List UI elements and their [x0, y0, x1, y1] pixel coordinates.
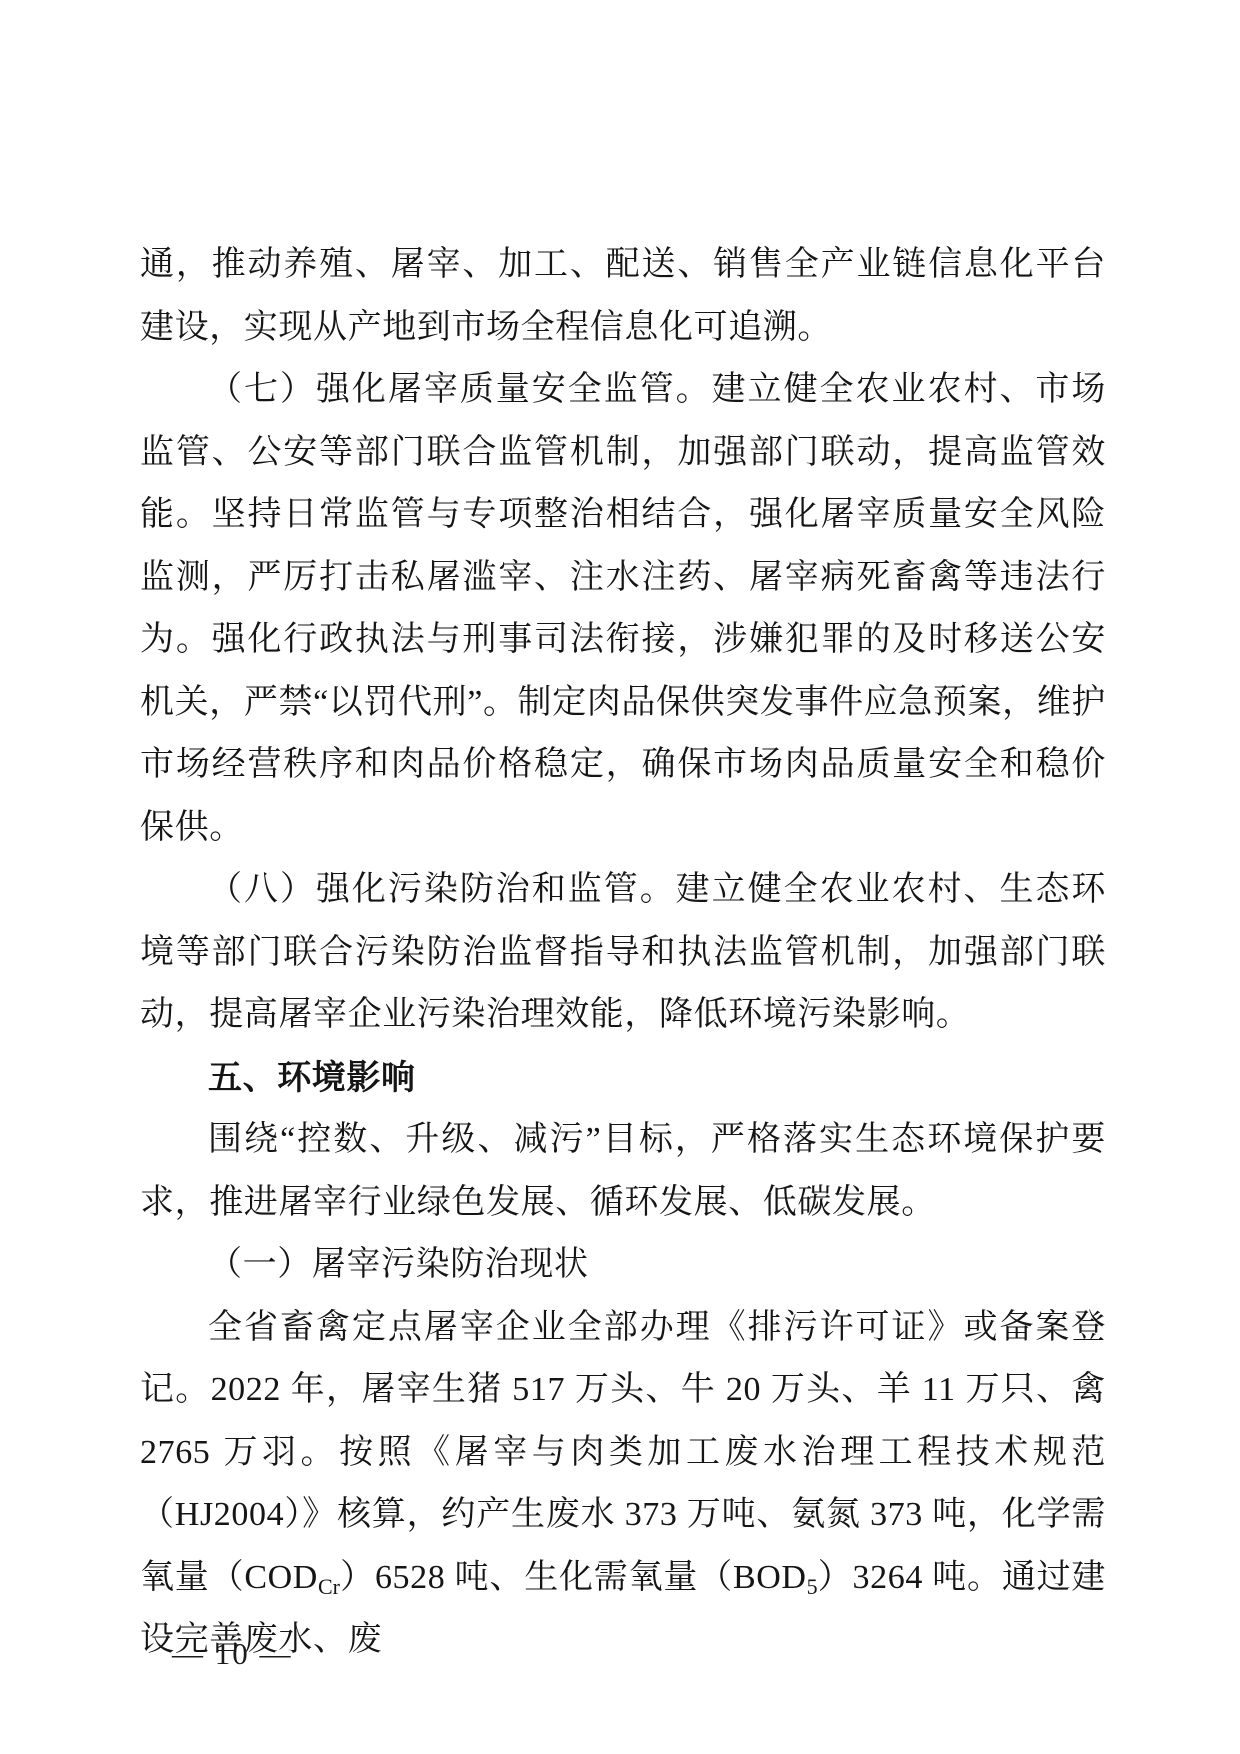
paragraph-pollution-status: 全省畜禽定点屠宰企业全部办理《排污许可证》或备案登记。2022 年，屠宰生猪 5…: [140, 1297, 1106, 1672]
paragraph-continuation: 通，推动养殖、屠宰、加工、配送、销售全产业链信息化平台建设，实现从产地到市场全程…: [140, 234, 1106, 359]
page-number: — 10 —: [172, 1636, 293, 1672]
bod-subscript: 5: [807, 1574, 818, 1599]
status-text-part2: ）6528 吨、生化需氧量（BOD: [340, 1559, 807, 1596]
paragraph-goal: 围绕“控数、升级、减污”目标，严格落实生态环境保护要求，推进屠宰行业绿色发展、循…: [140, 1109, 1106, 1234]
cod-subscript: Cr: [318, 1574, 340, 1599]
section-heading-environment-impact: 五、环境影响: [140, 1047, 1106, 1110]
paragraph-item-eight: （八）强化污染防治和监管。建立健全农业农村、生态环境等部门联合污染防治监督指导和…: [140, 859, 1106, 1047]
document-page: 通，推动养殖、屠宰、加工、配送、销售全产业链信息化平台建设，实现从产地到市场全程…: [0, 0, 1240, 1754]
status-text-part1: 全省畜禽定点屠宰企业全部办理《排污许可证》或备案登记。2022 年，屠宰生猪 5…: [140, 1309, 1106, 1596]
subsection-heading-pollution-status: （一）屠宰污染防治现状: [140, 1234, 1106, 1297]
document-body: 通，推动养殖、屠宰、加工、配送、销售全产业链信息化平台建设，实现从产地到市场全程…: [140, 234, 1106, 1672]
paragraph-item-seven: （七）强化屠宰质量安全监管。建立健全农业农村、市场监管、公安等部门联合监管机制，…: [140, 359, 1106, 859]
